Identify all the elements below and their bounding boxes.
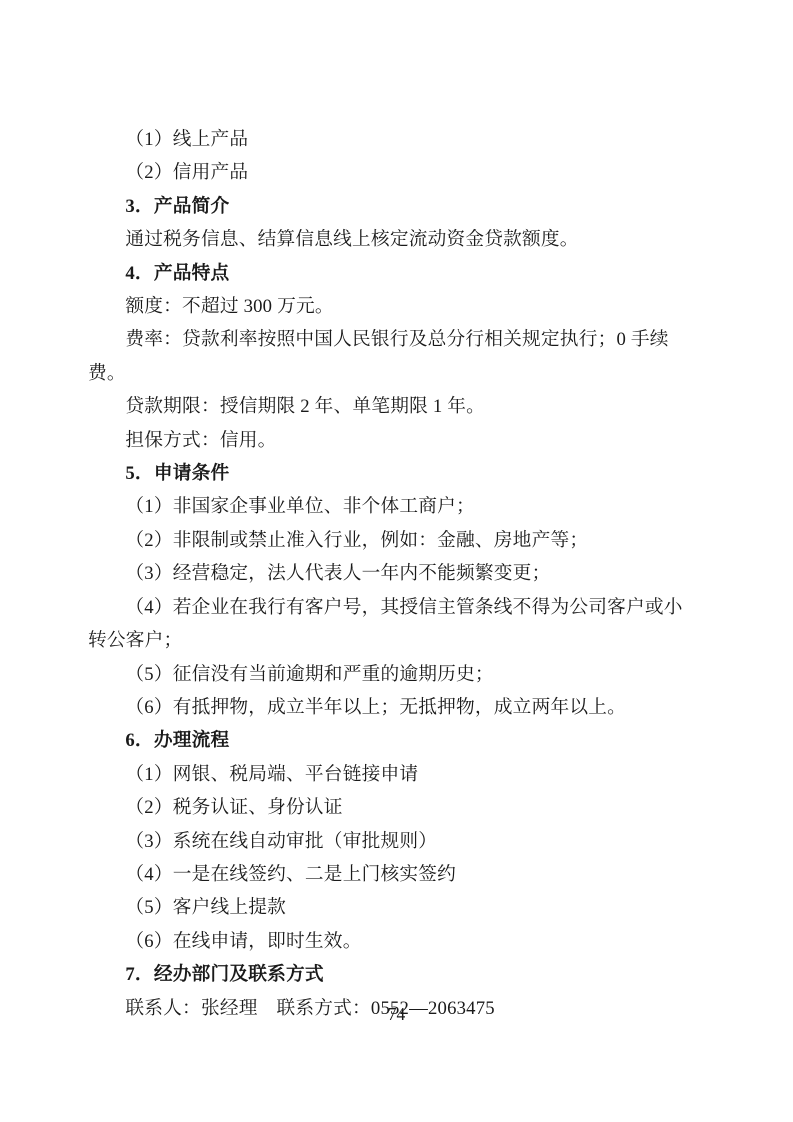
body-paragraph: 费率：贷款利率按照中国人民银行及总分行相关规定执行；0 手续费。 xyxy=(88,323,705,390)
body-paragraph: （2）信用产品 xyxy=(88,156,705,189)
body-paragraph: （6）有抵押物，成立半年以上；无抵押物，成立两年以上。 xyxy=(88,691,705,724)
body-paragraph: （3）系统在线自动审批（审批规则） xyxy=(88,825,705,858)
body-paragraph: （1）非国家企事业单位、非个体工商户； xyxy=(88,490,705,523)
body-paragraph: （2）非限制或禁止准入行业，例如：金融、房地产等； xyxy=(88,524,705,557)
body-paragraph: 通过税务信息、结算信息线上核定流动资金贷款额度。 xyxy=(88,223,705,256)
section-heading: 3．产品简介 xyxy=(88,190,705,223)
body-paragraph: 担保方式：信用。 xyxy=(88,424,705,457)
body-paragraph: （4）一是在线签约、二是上门核实签约 xyxy=(88,858,705,891)
body-paragraph: （1）网银、税局端、平台链接申请 xyxy=(88,758,705,791)
page-number: 74 xyxy=(388,1004,406,1024)
section-heading: 5．申请条件 xyxy=(88,457,705,490)
document-body: （1）线上产品（2）信用产品3．产品简介通过税务信息、结算信息线上核定流动资金贷… xyxy=(88,123,705,1025)
body-paragraph: （5）征信没有当前逾期和严重的逾期历史； xyxy=(88,658,705,691)
body-paragraph: （5）客户线上提款 xyxy=(88,891,705,924)
body-paragraph: （2）税务认证、身份认证 xyxy=(88,791,705,824)
page-footer: 74 xyxy=(0,1003,793,1025)
section-heading: 7．经办部门及联系方式 xyxy=(88,958,705,991)
body-paragraph: 贷款期限：授信期限 2 年、单笔期限 1 年。 xyxy=(88,390,705,423)
body-paragraph: （4）若企业在我行有客户号，其授信主管条线不得为公司客户或小转公客户； xyxy=(88,591,705,658)
section-heading: 4．产品特点 xyxy=(88,257,705,290)
section-heading: 6．办理流程 xyxy=(88,724,705,757)
body-paragraph: （3）经营稳定，法人代表人一年内不能频繁变更； xyxy=(88,557,705,590)
document-page: （1）线上产品（2）信用产品3．产品简介通过税务信息、结算信息线上核定流动资金贷… xyxy=(0,0,793,1122)
body-paragraph: 额度：不超过 300 万元。 xyxy=(88,290,705,323)
body-paragraph: （1）线上产品 xyxy=(88,123,705,156)
body-paragraph: （6）在线申请，即时生效。 xyxy=(88,925,705,958)
